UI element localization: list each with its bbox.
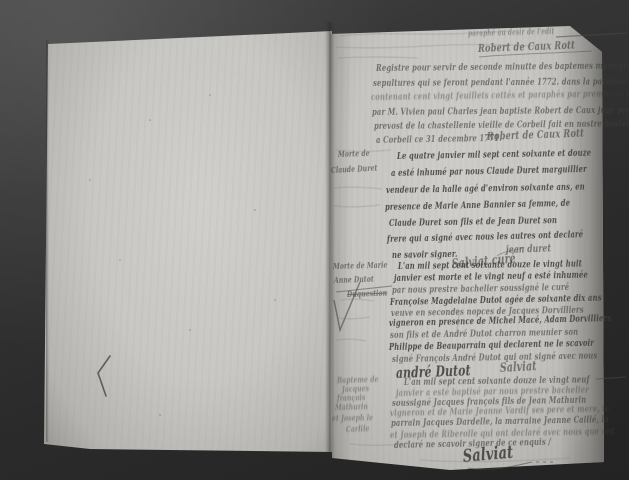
margin-note: et Joseph le [332,413,373,424]
manuscript-line: ne savoir signer. [392,249,458,261]
signature: Salviat [500,359,538,376]
page-crease [46,40,49,442]
manuscript-line: a Corbeil ce 31 decembre 1771. [376,133,502,146]
manuscript-line: sepultures qui se feront pendant l'année… [373,76,629,89]
left-blank-page [44,28,332,452]
manuscript-scan: paraphé au desir de l'edit Robert de Cau… [0,0,629,480]
margin-note: Mathurin [335,402,368,413]
margin-note: Anne Dutot [334,275,374,286]
signature: Salviat [462,442,514,467]
binding-gutter [325,22,335,464]
manuscript-line: par M. Vivien paul Charles jean baptiste… [372,105,629,118]
margin-note: Morte de Marie [333,261,388,272]
margin-note-struck: Duquestion [347,289,388,300]
margin-note: Morte de [338,149,370,160]
margin-note: Carlile [346,424,370,435]
